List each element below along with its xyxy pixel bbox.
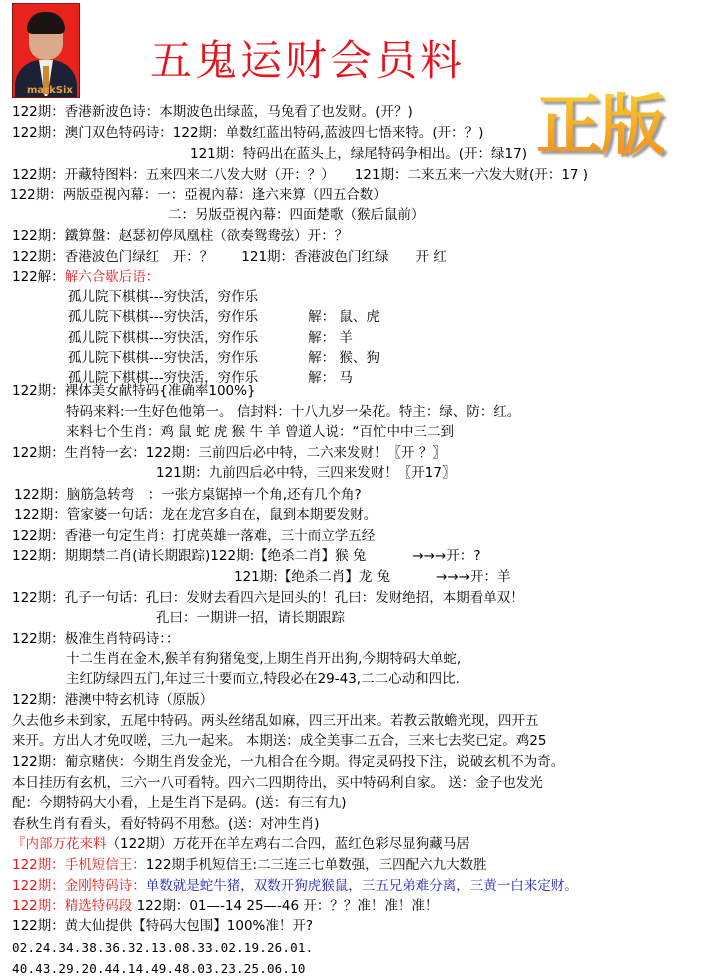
text-line: 久去他乡未到家，五尾中特码。两头丝绪乱如麻，四三开出来。若教云散蟾光现，四开五 <box>12 712 539 730</box>
answer: 解： 羊 <box>308 330 353 346</box>
text-line: 『内部万花来料（122期）万花开在羊左鸡右二合四，蓝红色彩尽显狗藏马居 <box>12 835 470 853</box>
portrait-hair <box>27 12 65 34</box>
text-line: 122期：香港波色门绿红 开：？121期：香港波色门红绿 开 红 <box>12 248 447 266</box>
text-segment: （122期）万花开在羊左鸡右二合四，蓝红色彩尽显狗藏马居 <box>107 836 470 852</box>
text-line: 孤儿院下棋棋---穷快活，穷作乐 <box>68 288 258 306</box>
text-line: 配：今期特码大小看，上是生肖下是码。(送：有三有九) <box>12 794 347 812</box>
text-line: 122期：手机短信王：122期手机短信王:二三连三七单数强，三四配六九大数胜 <box>12 856 487 874</box>
text-line: 121期：特码出在蓝头上，绿尾特码争相出。(开：绿17) <box>190 145 527 163</box>
text-line: 孤儿院下棋棋---穷快活，穷作乐解： 羊 <box>68 329 353 347</box>
answer: 解： 鼠、虎 <box>308 309 380 325</box>
text-line: 122期：鐵算盤：赵瑟初停凤凰柱（欲奏鸳鸯弦）开：？ <box>12 227 348 245</box>
highlight-red: 122期：精选特码段 <box>12 898 132 914</box>
text-line: 122期：港澳中特玄机诗（原版） <box>12 691 213 709</box>
text-line: 春秋生肖有看头，看好特码不用愁。(送：对冲生肖) <box>12 815 320 833</box>
text-segment: 122期手机短信王:二三连三七单数强，三四配六九大数胜 <box>146 857 487 873</box>
text-line: 121期：九前四后必中特，三四来发财！〖开17〗 <box>156 464 455 482</box>
highlight-red: 122期：金刚特码诗： <box>12 878 146 894</box>
text-segment: 122期：香港波色门绿红 开：？ <box>12 249 213 265</box>
text-line: 122期：精选特码段 122期：01—-14 25—-46 开：？？准！准！准！ <box>12 897 438 915</box>
text-segment: 122解： <box>12 269 65 285</box>
text-line: 二：另版亞視內幕：四面楚歌（猴后鼠前） <box>168 206 425 224</box>
highlight-red: 『内部万花来料 <box>12 836 107 852</box>
text-line: 孔曰：一期讲一招，请长期跟踪 <box>156 609 345 627</box>
photo-watermark: markSix <box>27 85 73 96</box>
genuine-badge: 正版 <box>536 72 664 167</box>
answer: 解： 马 <box>308 370 353 386</box>
text-line: 122期：脑筋急转弯 ：一张方桌锯掉一个角,还有几个角? <box>14 486 362 504</box>
result-arrow: →→→开：羊 <box>436 569 510 585</box>
highlight-blue: 单数就是蛇牛猪，双数开狗虎猴鼠，三五兄弟难分离，三黄一白来定财。 <box>146 878 578 894</box>
text-line: 主红防绿四五门,年过三十要而立,特段必在29-43,二二心动和四比. <box>66 670 460 688</box>
answer: 解： 猴、狗 <box>308 350 380 366</box>
text-line: 122期：两版亞視內幕：一：亞視內幕：逢六来算（四五合数） <box>10 186 387 204</box>
text-line: 122期：期期禁二肖(请长期跟踪)122期:【绝杀二肖】猴 兔→→→开：? <box>12 547 481 565</box>
section-heading-red: 解六合歇后语： <box>65 269 160 285</box>
text-line: 122期：管家婆一句话：龙在龙宫多自在，鼠到本期要发财。 <box>14 506 377 524</box>
text-segment: 121期：香港波色门红绿 开 红 <box>241 249 447 265</box>
text-segment: 121期:【绝杀二肖】龙 兔 <box>234 569 390 585</box>
text-line: 本日挂历有玄机，三六一八可看特。四六二四期待出，买中特码利自家。 送：金子也发光 <box>12 774 543 792</box>
portrait-photo: markSix <box>12 3 80 98</box>
text-line: 122期：孔子一句话：孔曰：发财去看四六是回头的！孔曰：发财绝招，本期看单双！ <box>12 589 524 607</box>
text-segment: 孤儿院下棋棋---穷快活，穷作乐 <box>68 309 258 325</box>
text-line: 122期：金刚特码诗：单数就是蛇牛猪，双数开狗虎猴鼠，三五兄弟难分离，三黄一白来… <box>12 877 578 895</box>
text-line: 孤儿院下棋棋---穷快活，穷作乐解： 猴、狗 <box>68 349 380 367</box>
text-line: 122期：开藏特图料：五来四来二八发大财（开：？）121期：二来五来一六发大财(… <box>12 166 588 184</box>
highlight-red: 122期：手机短信王： <box>12 857 146 873</box>
text-line: 122期：裸体美女献特码{准确率100%} <box>12 382 256 400</box>
section-heading: 122解：解六合歇后语： <box>12 268 159 286</box>
text-segment: 122期：期期禁二肖(请长期跟踪)122期:【绝杀二肖】猴 兔 <box>12 548 366 564</box>
number-list: 40.43.29.20.44.14.49.48.03.23.25.06.10 <box>12 960 306 978</box>
page-title: 五鬼运财会员料 <box>150 28 465 88</box>
text-line: 121期:【绝杀二肖】龙 兔→→→开：羊 <box>234 568 511 586</box>
text-line: 十二生肖在金木,猴羊有狗猪兔变,上期生肖开出狗,今期特码大单蛇, <box>66 650 461 668</box>
text-segment: 122期：开藏特图料：五来四来二八发大财（开：？） <box>12 167 335 183</box>
text-segment: 孤儿院下棋棋---穷快活，穷作乐 <box>68 350 258 366</box>
text-line: 来料七个生肖：鸡 鼠 蛇 虎 猴 牛 羊 曾道人说：“百忙中中三二到 <box>66 423 454 441</box>
result-arrow: →→→开：? <box>412 548 480 564</box>
number-list: 02.24.34.38.36.32.13.08.33.02.19.26.01. <box>12 939 313 957</box>
text-line: 特码来料:一生好色他第一。 信封料：十八九岁一朵花。特主：绿、防：红。 <box>66 403 520 421</box>
text-segment: 孤儿院下棋棋---穷快活，穷作乐 <box>68 330 258 346</box>
text-line: 来开。方出人才免叹嗟，三九一起来。 本期送：成全美事二五合，三来七去奖已定。鸡2… <box>12 732 546 750</box>
text-line: 122期：极准生肖特码诗：： <box>12 630 180 648</box>
text-line: 122期：香港新波色诗：本期波色出绿蓝，马兔看了也发财。(开？) <box>12 103 413 121</box>
text-segment: 122期：01—-14 25—-46 开：？？准！准！准！ <box>132 898 438 914</box>
text-line: 122期：香港一句定生肖：打虎英雄一落难，三十而立学五经 <box>12 527 375 545</box>
text-line: 122期：黄大仙提供【特码大包围】100%准！开? <box>12 917 313 935</box>
text-line: 122期：生肖特一玄：122期：三前四后必中特，二六来发财！〖开 ？〗 <box>12 444 446 462</box>
text-line: 孤儿院下棋棋---穷快活，穷作乐解： 鼠、虎 <box>68 308 380 326</box>
text-line: 122期：葡京赌侠：今期生肖发金光，一九相合在今期。得定灵码投下注，说破玄机不为… <box>12 753 564 771</box>
text-line: 122期：澳门双色特码诗：122期：单数红蓝出特码,蓝波四七悟来特。(开：？) <box>12 124 483 142</box>
text-segment: 121期：二来五来一六发大财(开：17 ) <box>355 167 588 183</box>
